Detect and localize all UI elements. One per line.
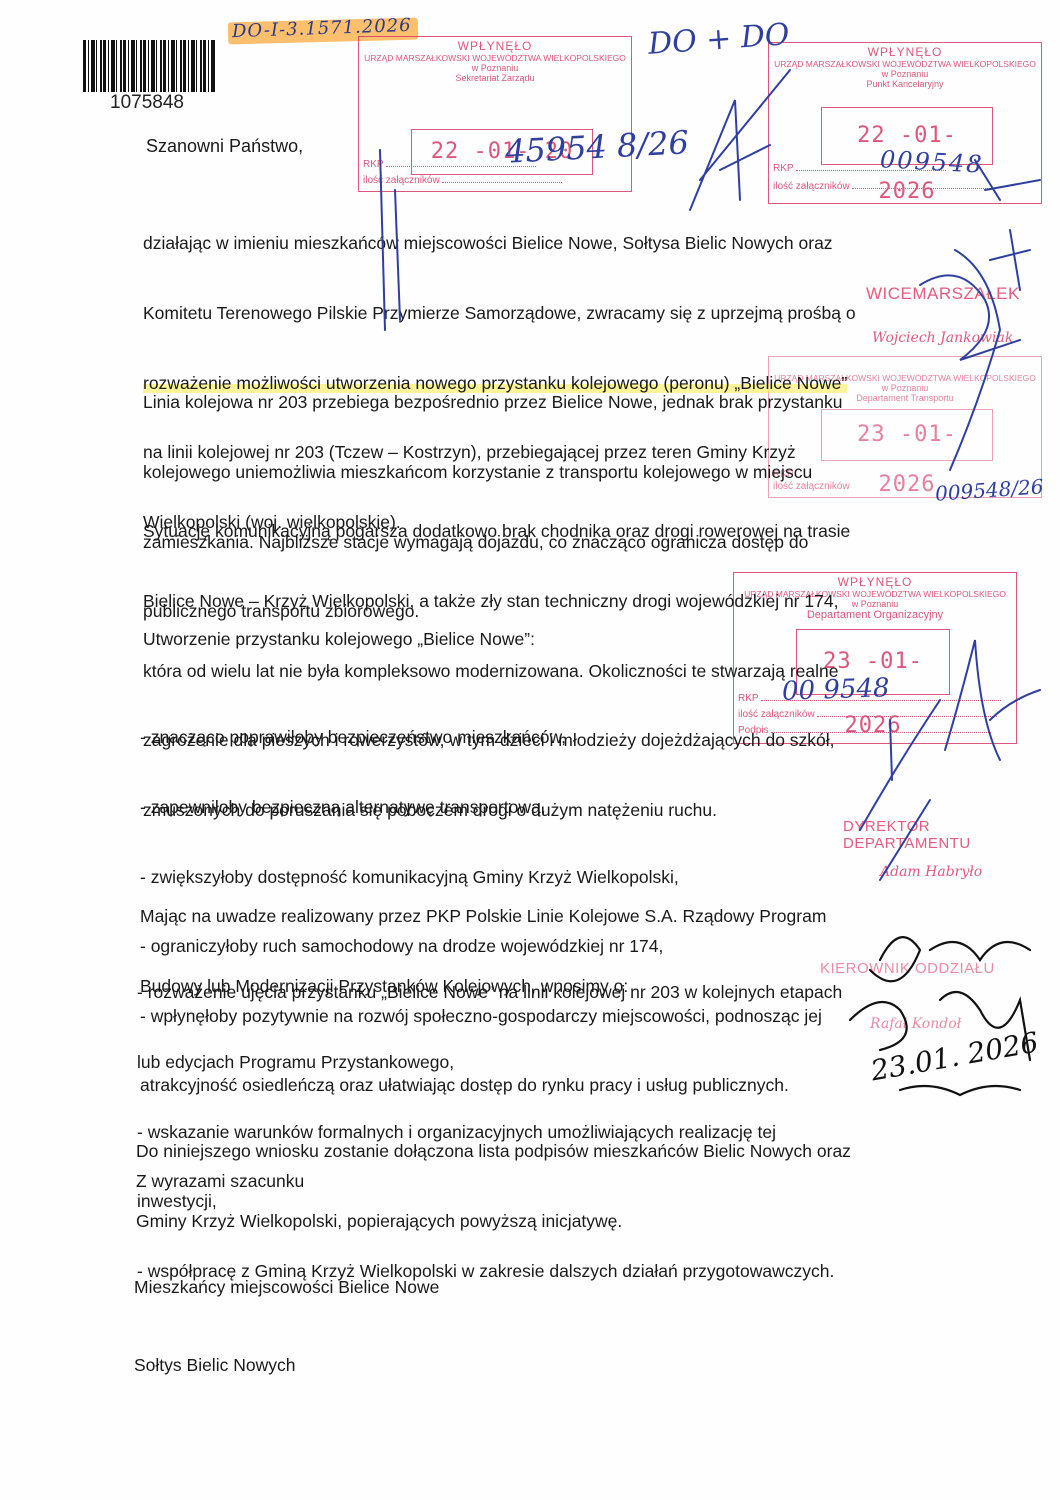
- text-line: Bielice Nowe – Krzyż Wielkopolski, a tak…: [143, 590, 850, 613]
- official-name-director: Adam Habryło: [880, 864, 982, 880]
- text-line: Linia kolejowa nr 203 przebiega bezpośre…: [143, 391, 842, 414]
- stamp-title: WPŁYNĘŁO: [359, 39, 631, 53]
- handwritten-date-note: 23.01. 2026: [868, 1026, 1040, 1088]
- signatory-line: Mieszkańcy miejscowości Bielice Nowe: [134, 1274, 439, 1300]
- stamp-city: w Poznaniu: [769, 69, 1041, 79]
- list-item: - zapewniłoby bezpieczną alternatywę tra…: [140, 796, 822, 819]
- rkp-label: RKP: [363, 159, 383, 170]
- stamp-title: WPŁYNĘŁO: [769, 45, 1041, 59]
- stamp-organization: URZĄD MARSZAŁKOWSKI WOJEWÓDZTWA WIELKOPO…: [769, 59, 1041, 69]
- official-name-vice-marshal: Wojciech Jankowiak: [872, 330, 1013, 346]
- official-name-head: Rafał Kondoł: [870, 1016, 961, 1032]
- closing-phrase: Z wyrazami szacunku: [136, 1171, 304, 1192]
- text-line: Komitetu Terenowego Pilskie Przymierze S…: [143, 302, 856, 325]
- paragraph-benefits-intro: Utworzenie przystanku kolejowego „Bielic…: [143, 628, 535, 651]
- stamp-unit: Sekretariat Zarządu: [359, 73, 631, 83]
- received-stamp-chancellery: WPŁYNĘŁO URZĄD MARSZAŁKOWSKI WOJEWÓDZTWA…: [768, 42, 1042, 204]
- text-line: Mając na uwadze realizowany przez PKP Po…: [140, 905, 826, 928]
- handwritten-number-2: 009548: [879, 145, 984, 178]
- signatories: Mieszkańcy miejscowości Bielice Nowe Soł…: [134, 1222, 439, 1430]
- handwritten-number-1: 45954 8/26: [504, 123, 690, 171]
- stamp-organization: URZĄD MARSZAŁKOWSKI WOJEWÓDZTWA WIELKOPO…: [359, 53, 631, 63]
- text-line: Do niniejszego wniosku zostanie dołączon…: [136, 1140, 851, 1163]
- text-line: działając w imieniu mieszkańców miejscow…: [143, 232, 856, 255]
- list-item: lub edycjach Programu Przystankowego,: [137, 1051, 842, 1074]
- stamp-attachments-row: ilość załączników: [363, 175, 562, 186]
- stamp-unit: Punkt Kancelaryjny: [769, 79, 1041, 89]
- official-title-vice-marshal: WICEMARSZAŁEK: [866, 284, 1020, 304]
- attachments-label: ilość załączników: [363, 175, 440, 186]
- stamp-city: w Poznaniu: [359, 63, 631, 73]
- official-title-director: DYREKTOR DEPARTAMENTU: [843, 818, 1060, 852]
- text-line: Sytuację komunikacyjną pogarsza dodatkow…: [143, 520, 850, 543]
- barcode: [83, 40, 215, 92]
- salutation: Szanowni Państwo,: [146, 136, 303, 157]
- rkp-label: RKP: [773, 163, 793, 174]
- list-item: - rozważenie ujęcia przystanku „Bielice …: [137, 981, 842, 1004]
- barcode-number: 1075848: [110, 92, 184, 114]
- received-stamp-secretariat: WPŁYNĘŁO URZĄD MARSZAŁKOWSKI WOJEWÓDZTWA…: [358, 36, 632, 192]
- list-item: - znacząco poprawiłoby bezpieczeństwo mi…: [140, 726, 822, 749]
- scanned-letter-page: 1075848 DO-I-3.1571.2026 WPŁYNĘŁO URZĄD …: [0, 0, 1060, 1500]
- signatory-line: Sołtys Bielic Nowych: [134, 1352, 439, 1378]
- official-title-head: KIEROWNIK ODDZIAŁU: [820, 960, 995, 977]
